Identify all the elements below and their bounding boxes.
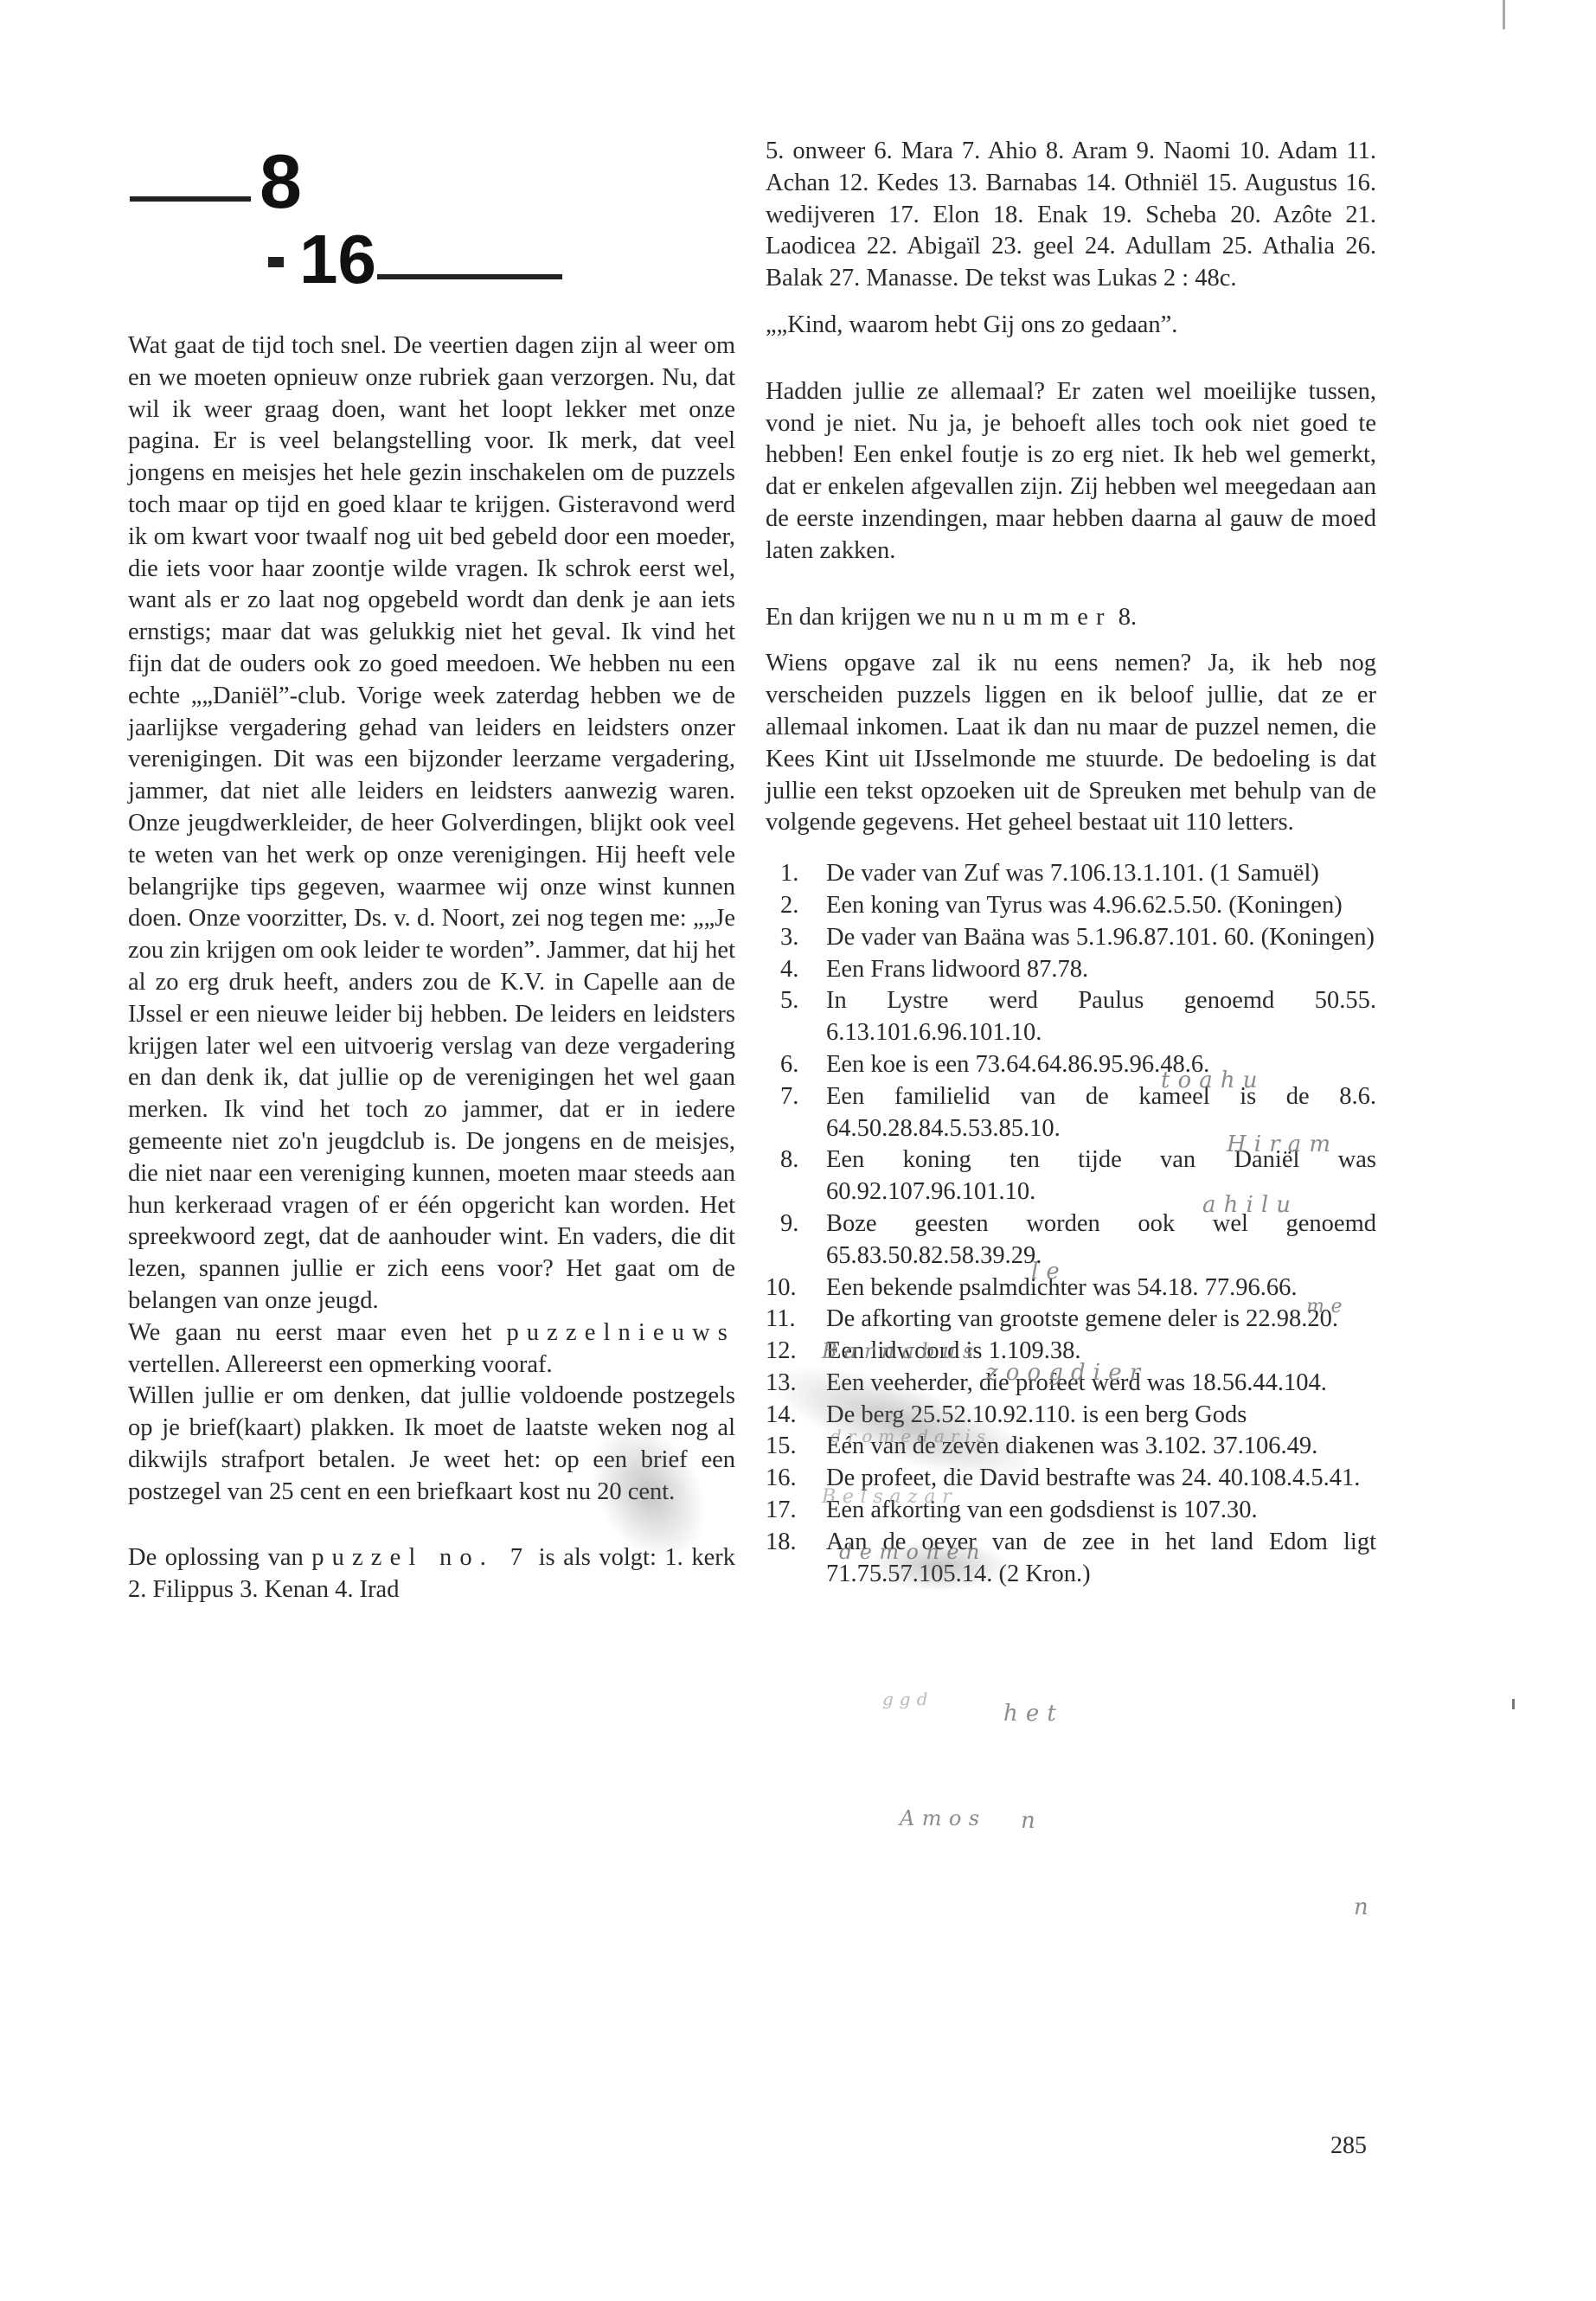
puzzle-news-paragraph: We gaan nu eerst maar even het puzzelnie… — [128, 1317, 735, 1381]
text-span: En dan krijgen we nu — [766, 604, 983, 631]
handwritten-annotation: ggd — [882, 1689, 933, 1709]
results-paragraph: Hadden jullie ze allemaal? Er zaten wel … — [766, 376, 1376, 567]
clue-text: Een Frans lidwoord 87.78. — [826, 956, 1088, 983]
clue-list: 1.De vader van Zuf was 7.106.13.1.101. (… — [766, 858, 1376, 1590]
header-number-bottom: 16 — [299, 225, 376, 294]
clue-number: 11. — [766, 1304, 809, 1336]
smudge-mark — [865, 1540, 1012, 1592]
clue-number: 12. — [766, 1336, 809, 1368]
clue-text: Boze geesten worden ook wel genoemd 65.8… — [826, 1210, 1376, 1269]
handwritten-annotation: Hiram — [1227, 1131, 1338, 1157]
clue-text: De afkorting van grootste gemene deler i… — [826, 1305, 1338, 1332]
clue-number: 18. — [766, 1527, 809, 1559]
puzzle-intro-paragraph: Wiens opgave zal ik nu eens nemen? Ja, i… — [766, 648, 1376, 839]
clue-number: 10. — [766, 1272, 809, 1304]
edge-mark — [1512, 1699, 1515, 1709]
clue-number: 4. — [780, 954, 824, 986]
handwritten-annotation: n — [1021, 1808, 1043, 1834]
page-number: 285 — [1330, 2132, 1367, 2160]
clue-item: 5.In Lystre werd Paulus genoemd 50.55. 6… — [766, 985, 1376, 1049]
clue-item: 2.Een koning van Tyrus was 4.96.62.5.50.… — [766, 890, 1376, 922]
clue-number: 8. — [780, 1144, 824, 1176]
clue-number: 16. — [766, 1463, 809, 1495]
clue-item: 1.De vader van Zuf was 7.106.13.1.101. (… — [766, 858, 1376, 890]
clue-number: 6. — [780, 1049, 824, 1081]
text-span: De oplossing van — [128, 1544, 311, 1571]
handwritten-annotation: Amos — [900, 1806, 986, 1830]
document-page: 8 16 Wat gaat de tijd toch snel. De veer… — [0, 0, 1596, 2301]
spaced-emphasis: nummer — [983, 604, 1112, 631]
handwritten-annotation: Barnabus — [822, 1339, 981, 1363]
intro-paragraph: Wat gaat de tijd toch snel. De veertien … — [128, 330, 735, 1317]
header-number-top: 8 — [260, 147, 302, 216]
clue-number: 17. — [766, 1495, 809, 1527]
handwritten-annotation: me — [1306, 1296, 1349, 1317]
clue-text: Een koe is een 73.64.64.86.95.96.48.6. — [826, 1051, 1209, 1078]
clue-number: 1. — [780, 858, 824, 890]
clue-text: De vader van Zuf was 7.106.13.1.101. (1 … — [826, 860, 1319, 887]
clue-text: In Lystre werd Paulus genoemd 50.55. 6.1… — [826, 987, 1376, 1046]
clue-number: 3. — [780, 922, 824, 954]
clue-number: 15. — [766, 1431, 809, 1463]
clue-number: 2. — [780, 890, 824, 922]
header-rule-left — [130, 196, 251, 202]
text-span: 8. — [1112, 604, 1138, 631]
clue-item: 3.De vader van Baäna was 5.1.96.87.101. … — [766, 922, 1376, 954]
clue-text: De vader van Baäna was 5.1.96.87.101. 60… — [826, 924, 1375, 951]
handwritten-annotation: ahilu — [1202, 1192, 1298, 1218]
handwritten-annotation: le — [1031, 1259, 1067, 1285]
handwritten-annotation: toahu — [1161, 1067, 1266, 1093]
text-span: We gaan nu eerst maar even het — [128, 1319, 506, 1346]
solution-continued-paragraph: 5. onweer 6. Mara 7. Ahio 8. Aram 9. Nao… — [766, 136, 1376, 295]
clue-text: Een koning van Tyrus was 4.96.62.5.50. (… — [826, 892, 1343, 919]
clue-number: 7. — [780, 1081, 824, 1113]
next-puzzle-heading: En dan krijgen we nu nummer 8. — [766, 602, 1376, 634]
handwritten-annotation: n — [1354, 1894, 1376, 1920]
clue-number: 5. — [780, 985, 824, 1017]
header-dash — [268, 257, 284, 267]
spaced-emphasis: puzzel no. 7 — [311, 1544, 530, 1571]
spaced-emphasis: puzzelnieuws — [506, 1319, 735, 1346]
clue-item: 10.Een bekende psalmdichter was 54.18. 7… — [766, 1272, 1376, 1304]
handwritten-annotation: Belsazar — [822, 1486, 958, 1508]
handwritten-annotation: het — [1003, 1701, 1064, 1727]
clue-item: 11.De afkorting van grootste gemene dele… — [766, 1304, 1376, 1336]
header-rule-right — [377, 274, 562, 279]
clue-item: 4.Een Frans lidwoord 87.78. — [766, 954, 1376, 986]
handwritten-annotation: zoogdier — [986, 1360, 1148, 1386]
clue-number: 9. — [780, 1208, 824, 1240]
text-span: vertellen. Allereerst een opmerking voor… — [128, 1351, 553, 1378]
clue-item: 6.Een koe is een 73.64.64.86.95.96.48.6. — [766, 1049, 1376, 1081]
edge-mark — [1503, 0, 1505, 29]
bible-quote: „„Kind, waarom hebt Gij ons zo gedaan”. — [766, 310, 1376, 342]
column-header: 8 16 — [128, 138, 735, 285]
